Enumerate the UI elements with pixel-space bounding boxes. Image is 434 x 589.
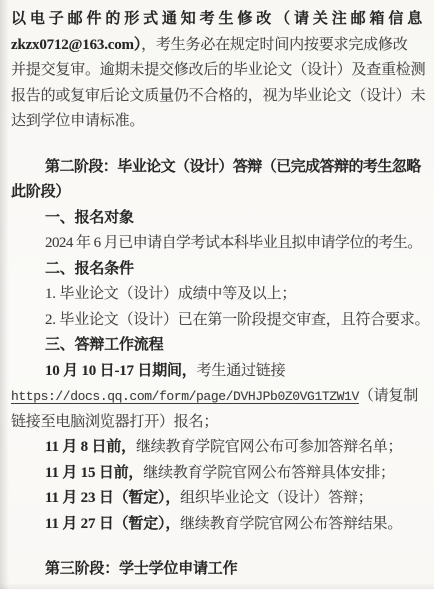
signup-form-link[interactable]: https://docs.qq.com/form/page/DVHJPb0Z0V… (11, 389, 359, 404)
flow-intro-text: 考生通过链接 (197, 363, 286, 379)
section1-title: 一、报名对象 (0, 206, 434, 232)
email-address: zkzx0712@163.com） (11, 37, 141, 53)
url-note-wrap-line: 链接至电脑浏览器打开）报名； (0, 410, 434, 436)
schedule-event: 组织毕业论文（设计）答辩； (180, 490, 372, 506)
paragraph-line-1: 以电子邮件的形式通知考生修改（请关注邮箱信息 (0, 7, 434, 33)
schedule-date: 11 月 27 日（暂定）， (45, 516, 180, 532)
stage2-heading-line2: 此阶段） (0, 180, 434, 206)
paragraph-line-3: 并提交复审。逾期未提交修改后的毕业论文（设计）及查重检测 (0, 58, 434, 84)
paragraph-text: ，考生务必在规定时间内按要求完成修改 (141, 37, 407, 53)
schedule-item-4: 11 月 27 日（暂定），继续教育学院官网公布答辩结果。 (0, 512, 434, 538)
section3-title: 三、答辩工作流程 (0, 333, 434, 359)
document-page: 以电子邮件的形式通知考生修改（请关注邮箱信息 zkzx0712@163.com）… (0, 0, 434, 589)
flow-date-range: 10 月 10 日-17 日期间， (45, 363, 197, 379)
paragraph-line-4: 报告的或复审后论文质量仍不合格的，视为毕业论文（设计）未 (0, 84, 434, 110)
stage2-heading-line1: 第二阶段：毕业论文（设计）答辩（已完成答辩的考生忽略 (0, 155, 434, 181)
schedule-date: 11 月 23 日（暂定）， (45, 490, 180, 506)
condition-item-2: 2. 毕业论文（设计）已在第一阶段提交审查，且符合要求。 (0, 308, 434, 334)
section2-title: 二、报名条件 (0, 257, 434, 283)
section1-body: 2024 年 6 月已申请自学考试本科毕业且拟申请学位的考生。 (0, 231, 434, 257)
stage3-heading: 第三阶段：学士学位申请工作 (0, 557, 434, 583)
flow-intro-line: 10 月 10 日-17 日期间，考生通过链接 (0, 359, 434, 385)
paragraph-line-5: 达到学位申请标准。 (0, 109, 434, 135)
condition-item-1: 1. 毕业论文（设计）成绩中等及以上； (0, 282, 434, 308)
url-note-prefix: （请复制 (359, 388, 418, 404)
schedule-event: 继续教育学院官网公布答辩具体安排； (143, 465, 395, 481)
paragraph-line-2: zkzx0712@163.com），考生务必在规定时间内按要求完成修改 (0, 33, 434, 59)
schedule-date: 11 月 8 日前， (45, 439, 136, 455)
signup-url-line: https://docs.qq.com/form/page/DVHJPb0Z0V… (0, 384, 434, 410)
schedule-item-1: 11 月 8 日前，继续教育学院官网公布可参加答辩名单； (0, 435, 434, 461)
schedule-date: 11 月 15 日前， (45, 465, 143, 481)
schedule-event: 继续教育学院官网公布可参加答辩名单； (136, 439, 402, 455)
schedule-item-3: 11 月 23 日（暂定），组织毕业论文（设计）答辩； (0, 486, 434, 512)
schedule-item-2: 11 月 15 日前，继续教育学院官网公布答辩具体安排； (0, 461, 434, 487)
schedule-event: 继续教育学院官网公布答辩结果。 (180, 516, 402, 532)
